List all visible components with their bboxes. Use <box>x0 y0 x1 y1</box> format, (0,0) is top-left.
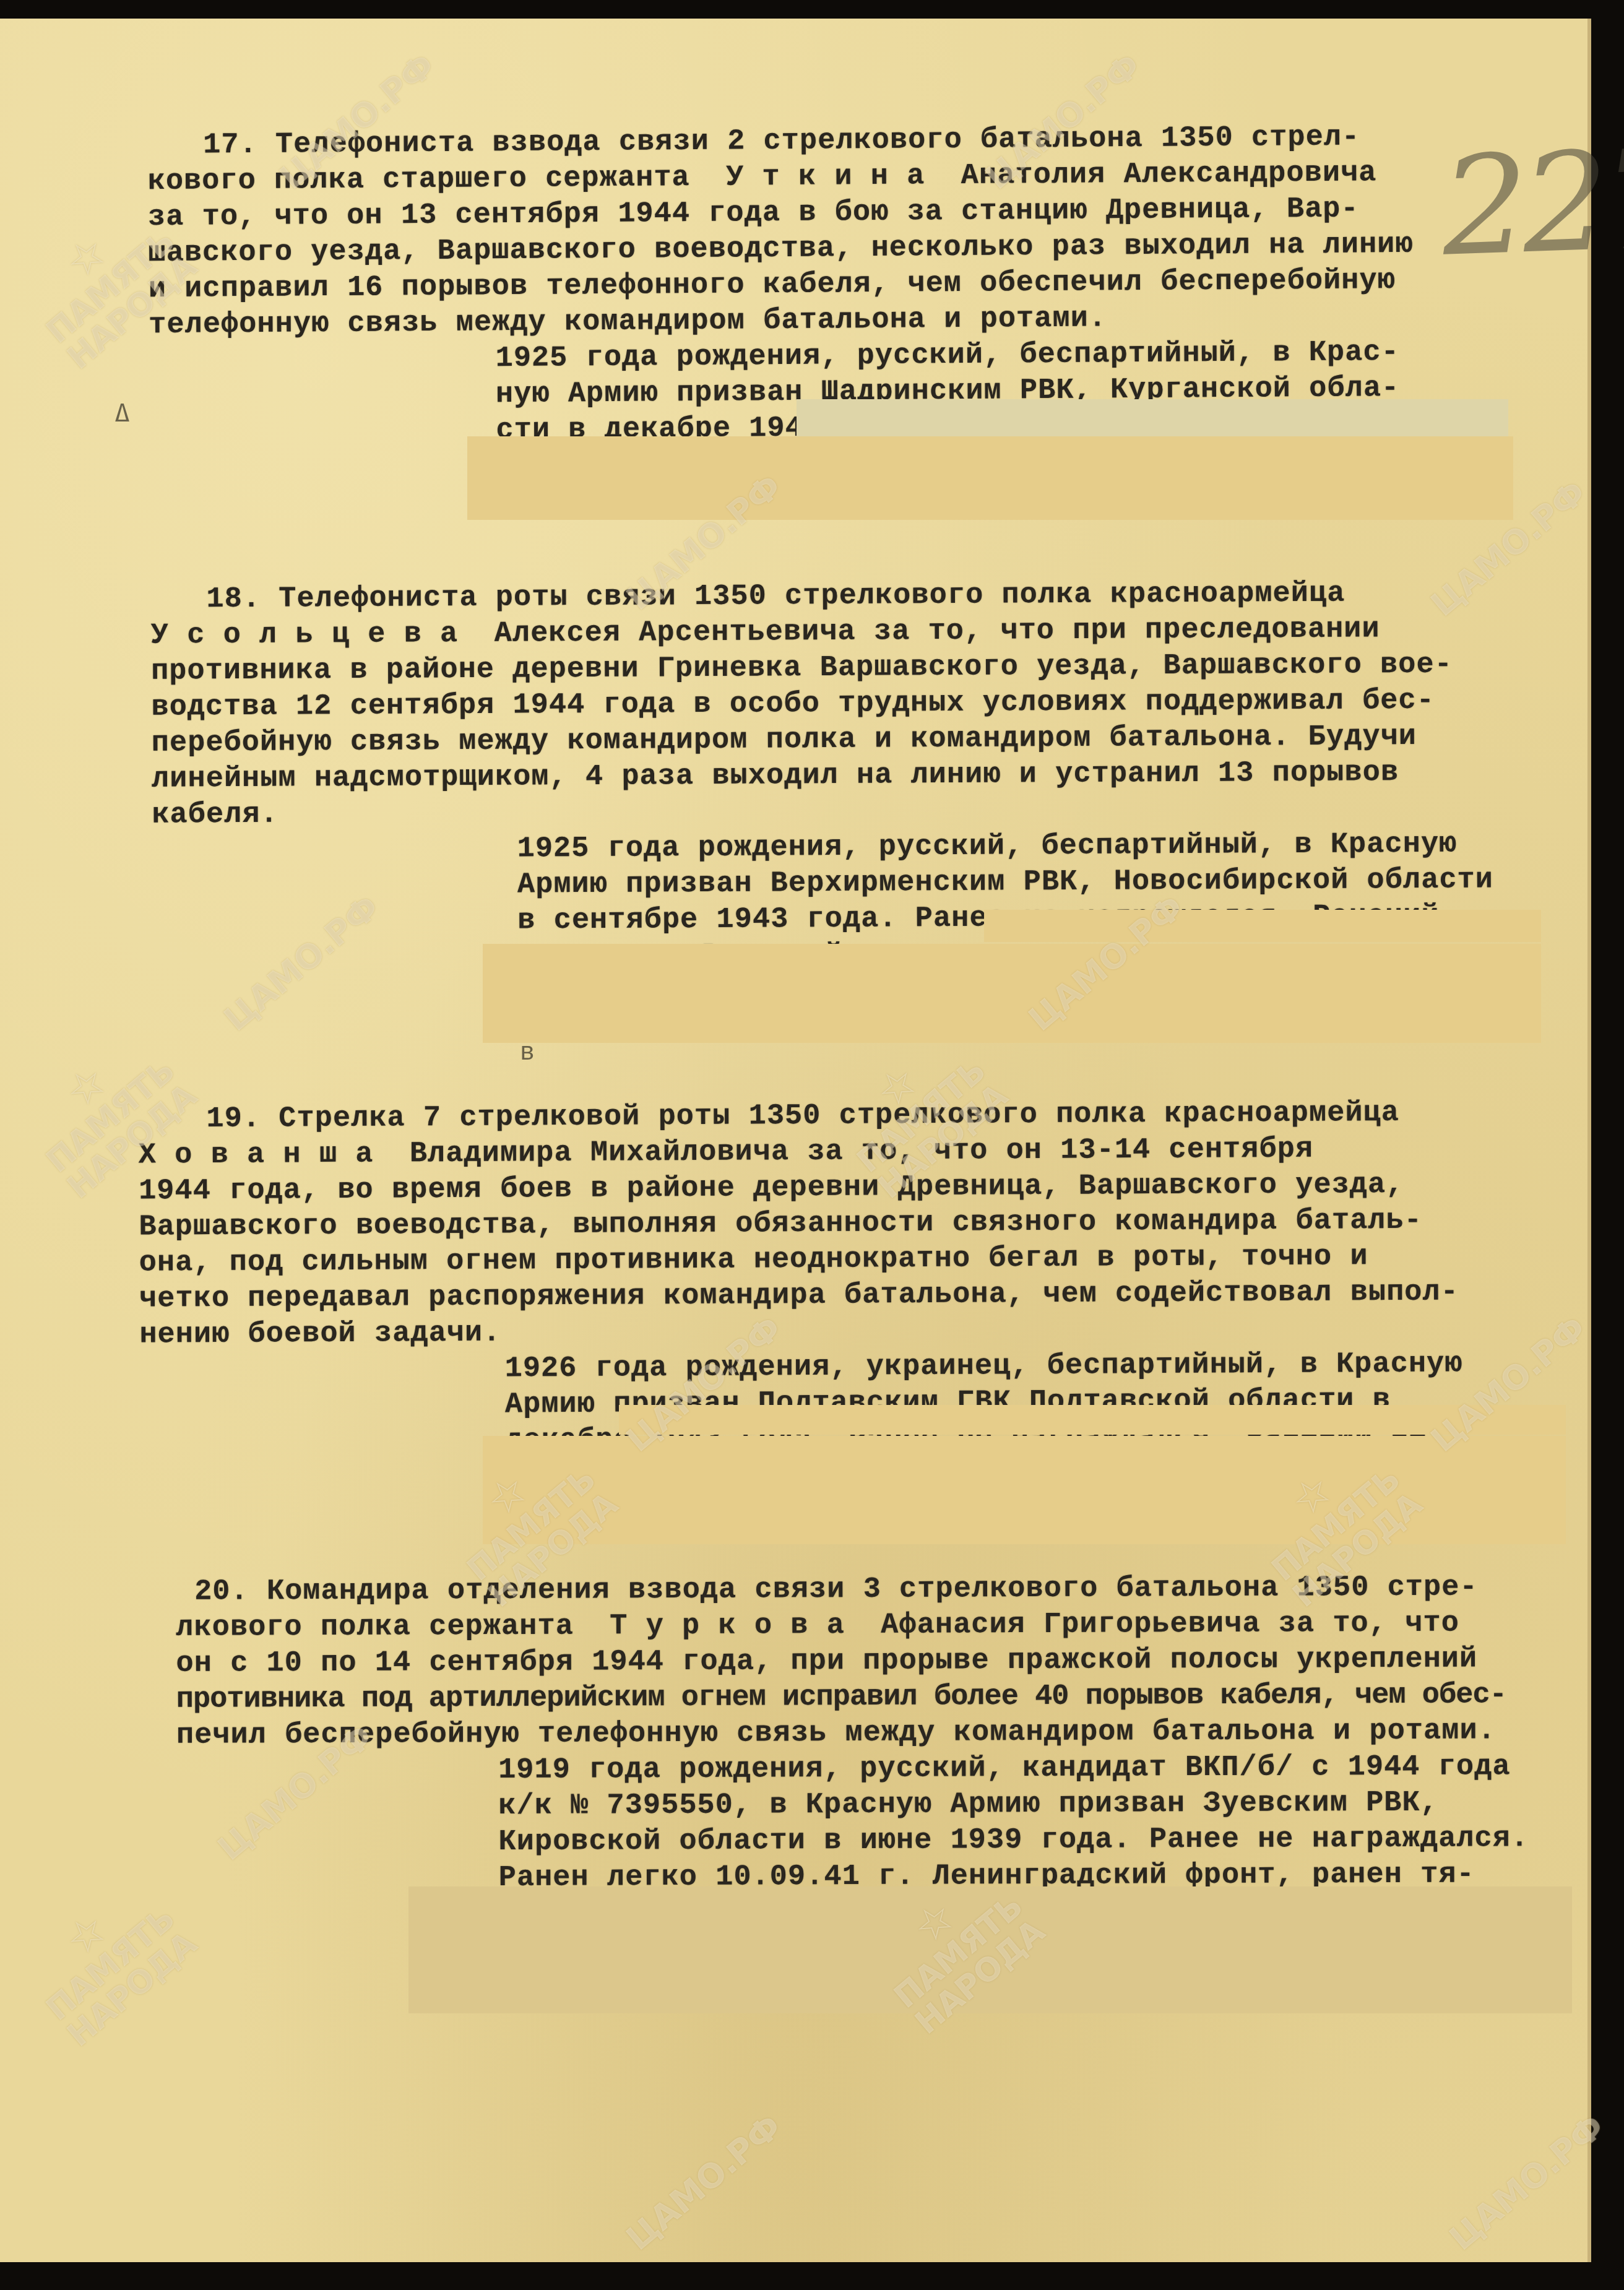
redaction-box <box>483 944 1541 1043</box>
redaction-box <box>483 1436 1566 1544</box>
bio-line: к/к № 7395550, в Красную Армию призван З… <box>176 1785 1529 1826</box>
redaction-box <box>408 1886 1572 2013</box>
stray-typed-mark: в <box>520 1040 535 1068</box>
entry-text-line: лкового полка сержанта Т у р к о в а Афа… <box>176 1605 1528 1646</box>
bio-line: 1919 года рождения, русский, кандидат ВК… <box>176 1749 1529 1790</box>
entry-text-line: линейным надсмотрщиком, 4 раза выходил н… <box>152 754 1493 797</box>
watermark-pamyat-naroda: ☆ ПАМЯТЬ НАРОДА <box>12 1868 203 2053</box>
watermark-line: ПАМЯТЬ <box>40 1900 183 2028</box>
entry-text-line: печил бесперебойную телефонную связь меж… <box>176 1713 1529 1754</box>
redaction-box <box>984 910 1541 942</box>
redaction-box <box>467 436 1513 520</box>
redaction-box <box>619 1405 1566 1435</box>
bio-line: Кировской области в июне 1939 года. Ране… <box>176 1821 1529 1862</box>
watermark-line: НАРОДА <box>61 1925 204 2054</box>
margin-mark: ߡ <box>114 399 130 428</box>
entry-text-line: четко передавал распоряжения командира б… <box>139 1274 1462 1317</box>
star-icon: ☆ <box>12 191 160 324</box>
document-page: 227 ߡ в 17. Телефониста взвода связи 2 с… <box>0 19 1591 2262</box>
award-entry-20: 20. Командира отделения взвода связи 3 с… <box>176 1570 1529 1934</box>
star-icon: ☆ <box>12 1868 160 2002</box>
watermark-camo: ЦАМО.РФ <box>619 2107 788 2258</box>
entry-text-line: противника под артиллерийским огнем испр… <box>176 1677 1529 1718</box>
entry-text-line: он с 10 по 14 сентября 1944 года, при пр… <box>176 1641 1528 1682</box>
watermark-camo: ЦАМО.РФ <box>1442 2107 1612 2258</box>
handwritten-page-number: 227 <box>1440 119 1624 286</box>
entry-text-line: 20. Командира отделения взвода связи 3 с… <box>176 1570 1528 1610</box>
